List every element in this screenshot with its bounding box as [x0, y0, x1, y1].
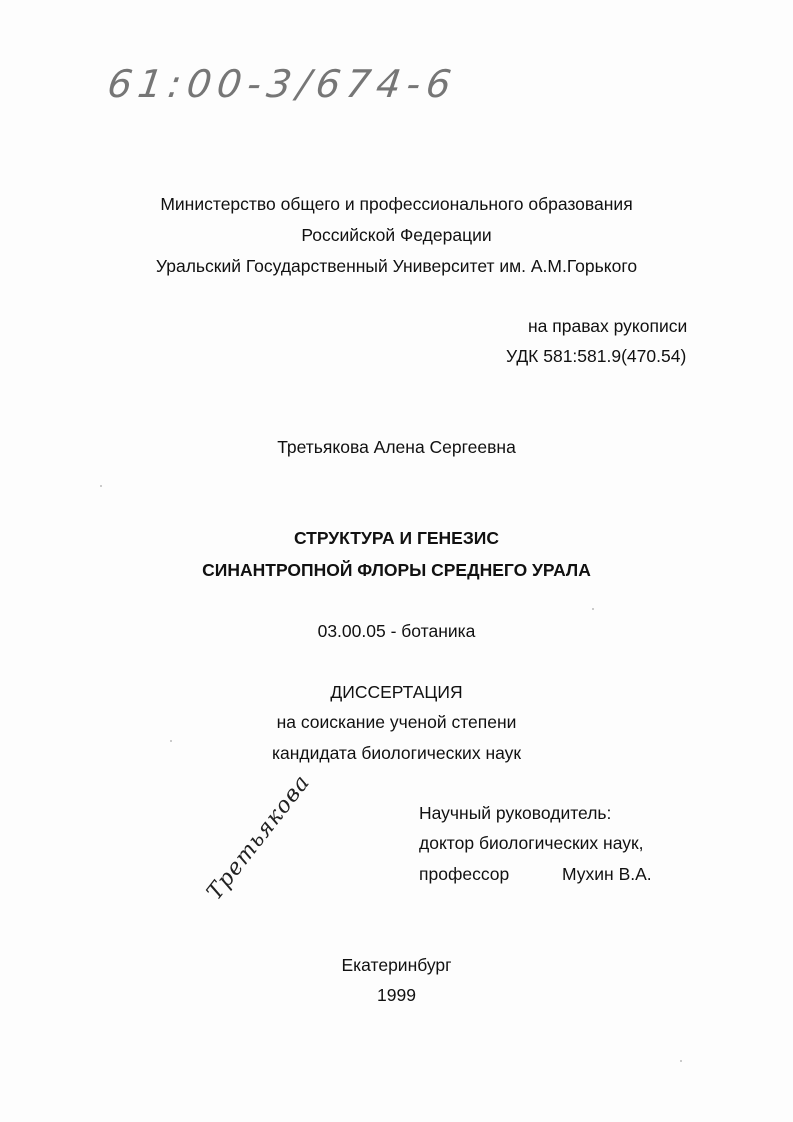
- scan-speck: [592, 608, 594, 610]
- rights-notice: на правах рукописи: [528, 316, 687, 337]
- author-signature: Третьякова: [202, 770, 315, 905]
- supervisor-label: Научный руководитель:: [419, 803, 611, 824]
- specialty: 03.00.05 - ботаника: [0, 621, 793, 642]
- scan-speck: [170, 740, 172, 742]
- supervisor-degree: доктор биологических наук,: [419, 833, 644, 854]
- year: 1999: [0, 985, 793, 1006]
- title-line-1: СТРУКТУРА И ГЕНЕЗИС: [0, 528, 793, 549]
- degree-line-3: кандидата биологических наук: [0, 743, 793, 764]
- author-name: Третьякова Алена Сергеевна: [0, 437, 793, 458]
- degree-line-2: на соискание ученой степени: [0, 712, 793, 733]
- supervisor-name: Мухин В.А.: [562, 864, 652, 885]
- institution-line-3: Уральский Государственный Университет им…: [0, 256, 793, 277]
- institution-line-1: Министерство общего и профессионального …: [0, 194, 793, 215]
- archive-stamp: 61:00-3/674-6: [105, 62, 460, 106]
- scan-speck: [100, 485, 102, 487]
- place: Екатеринбург: [0, 955, 793, 976]
- institution-line-2: Российской Федерации: [0, 225, 793, 246]
- scan-speck: [680, 1060, 682, 1062]
- document-page: 61:00-3/674-6 Министерство общего и проф…: [0, 0, 793, 1122]
- supervisor-rank: профессор: [419, 864, 509, 885]
- title-line-2: СИНАНТРОПНОЙ ФЛОРЫ СРЕДНЕГО УРАЛА: [0, 560, 793, 581]
- degree-type: ДИССЕРТАЦИЯ: [0, 682, 793, 703]
- udk-code: УДК 581:581.9(470.54): [506, 346, 686, 367]
